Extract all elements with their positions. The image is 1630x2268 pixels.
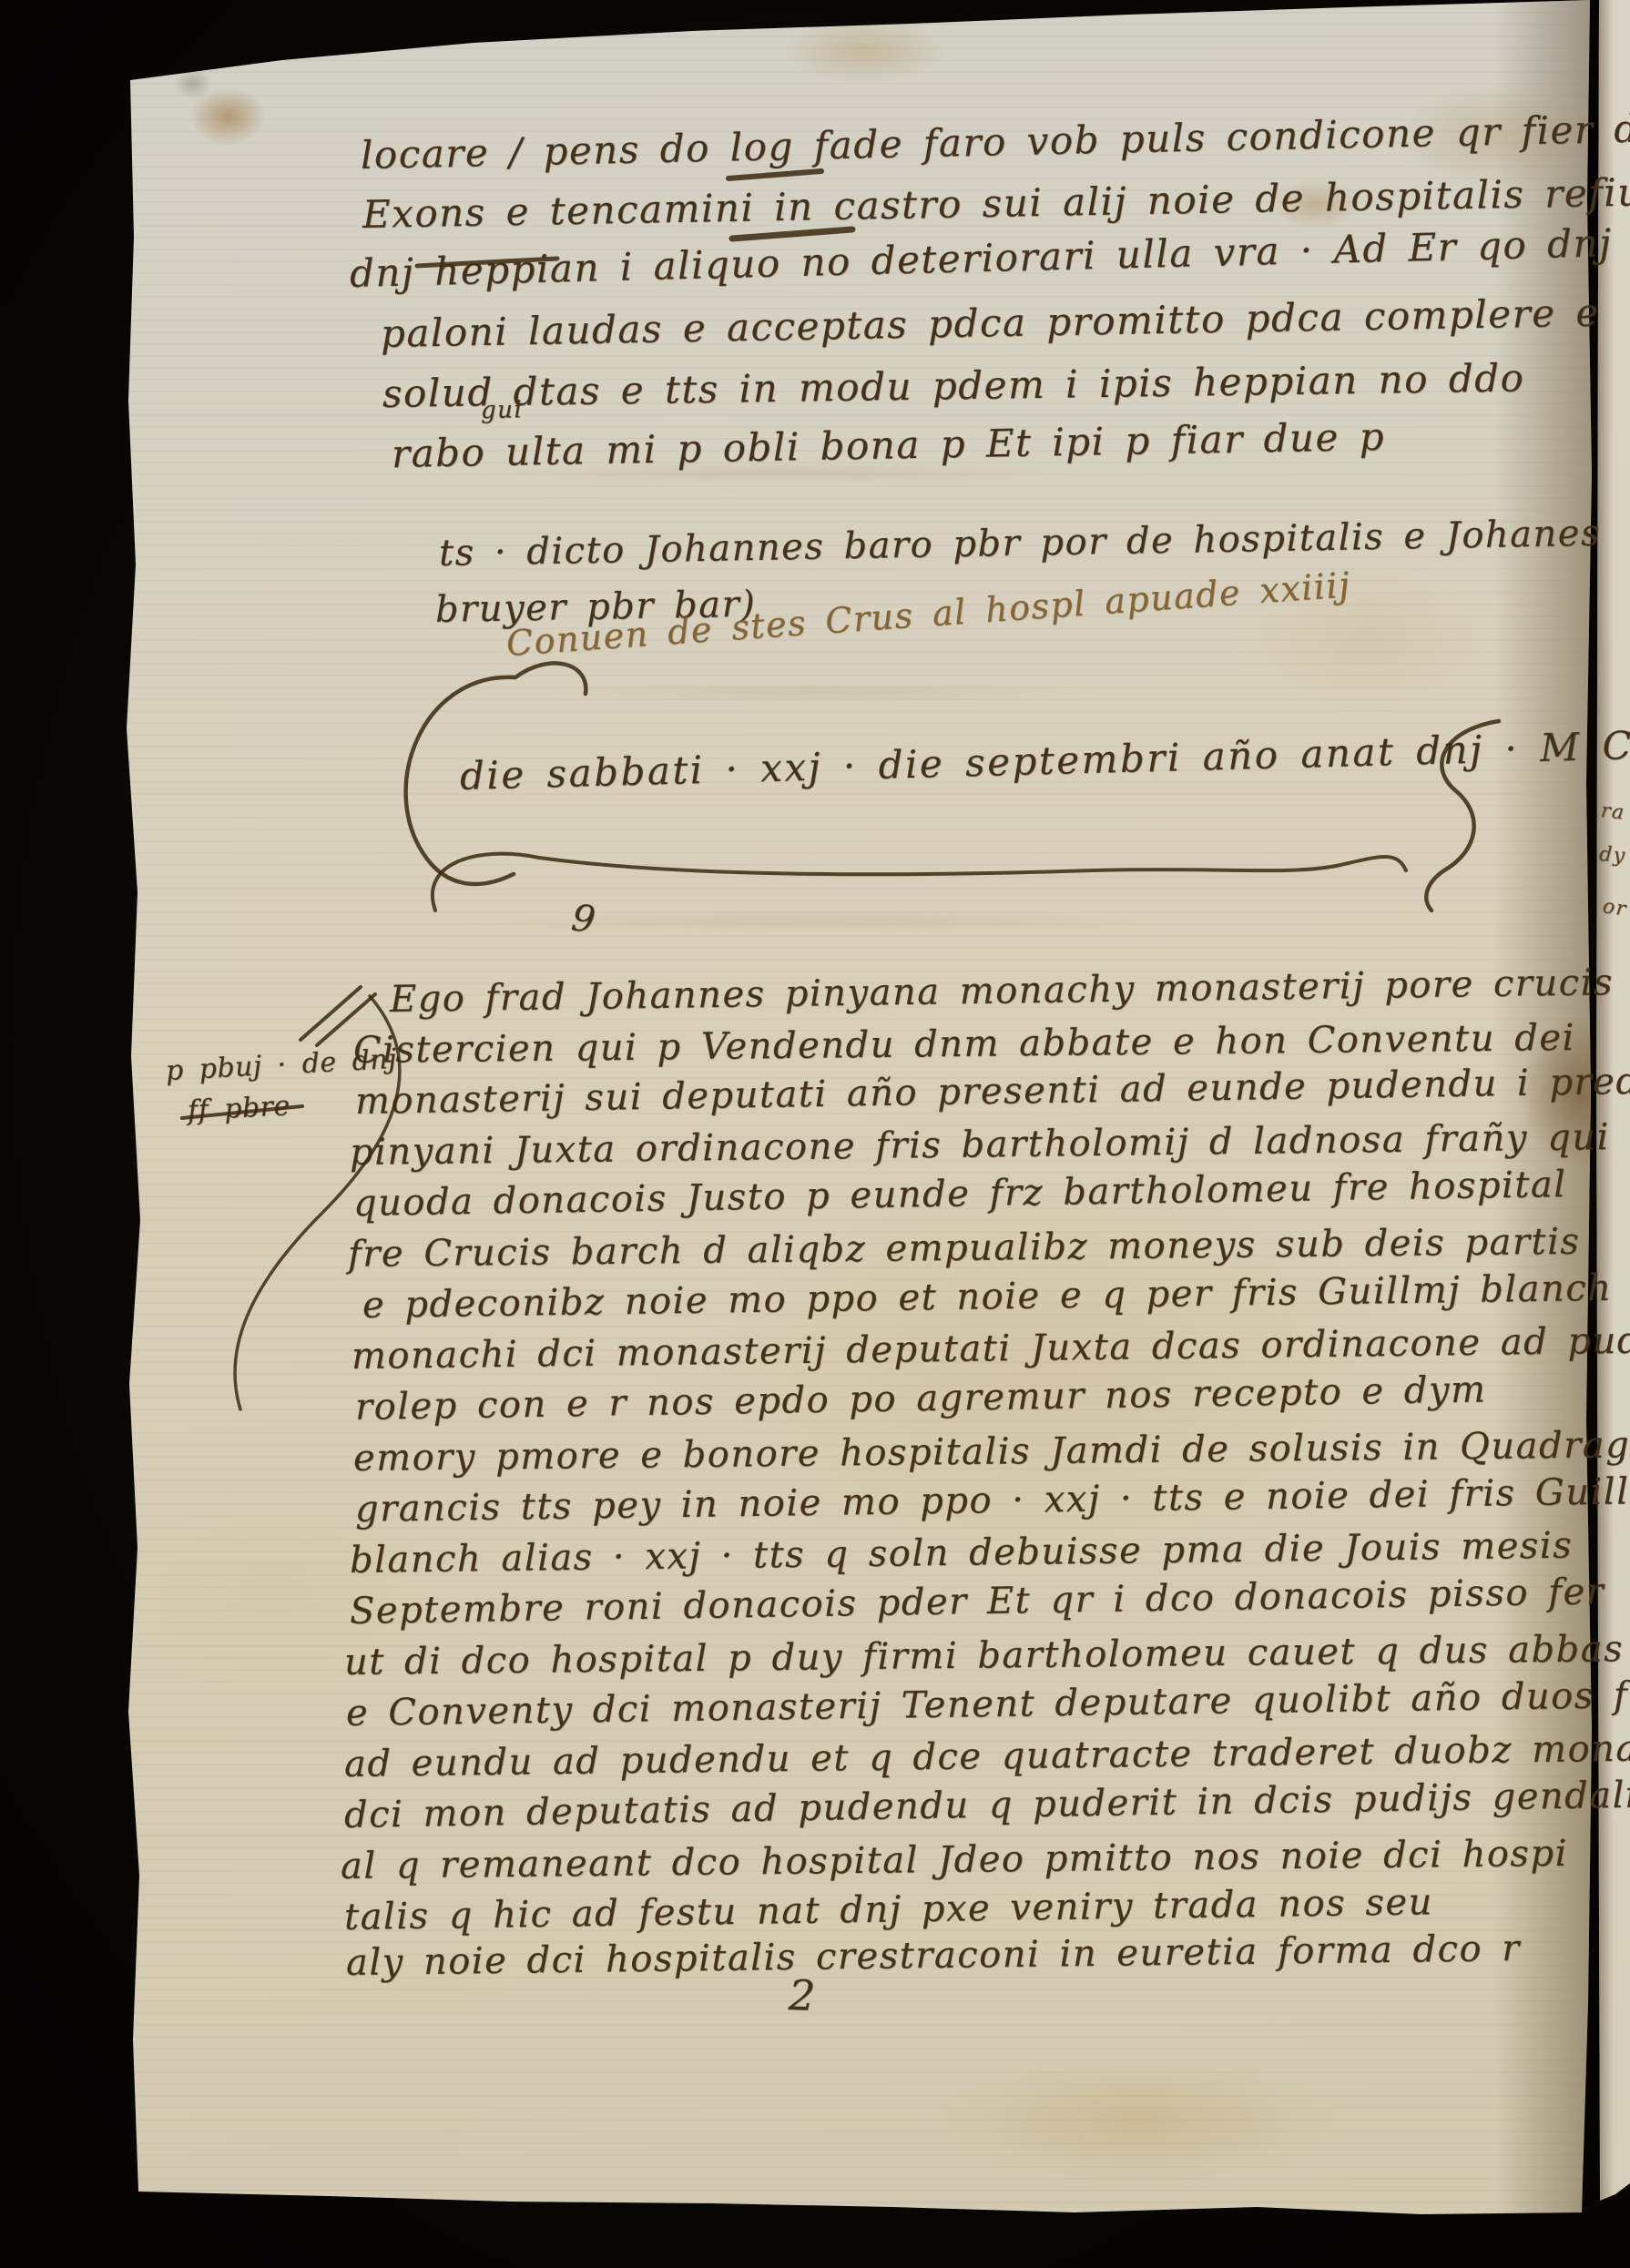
cancellation-stroke <box>182 1106 302 1118</box>
manuscript-photo: locare / pens do log fade faro vob puls … <box>0 0 1630 2268</box>
ink-flourishes <box>0 0 1630 2268</box>
cancellation-stroke <box>728 171 821 178</box>
date-underline-flourish <box>433 854 1406 910</box>
margin-s-flourish <box>235 996 400 1409</box>
cancellation-stroke <box>732 229 852 239</box>
date-left-brace-flourish <box>406 663 586 884</box>
overline-stroke <box>417 259 557 266</box>
date-right-brace-flourish <box>1426 721 1499 910</box>
